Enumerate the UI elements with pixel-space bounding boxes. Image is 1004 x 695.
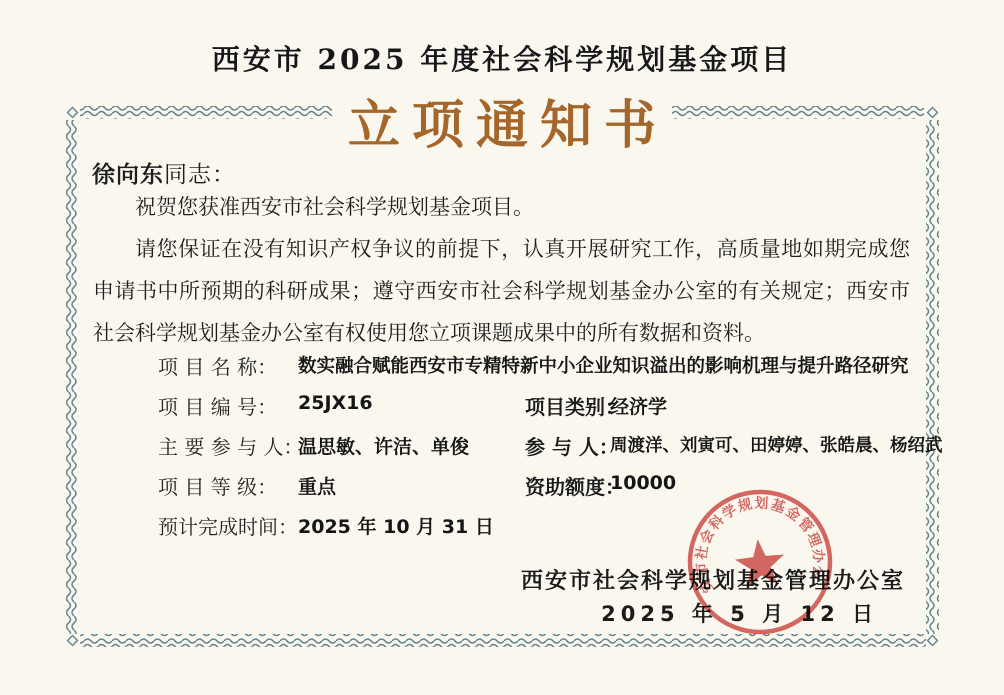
notice-document: 西安市 2025 年度社会科学规划基金项目 立项通知书 徐向东同志： 祝贺您获准… <box>0 0 1004 695</box>
project-number-value: 25JX16 <box>298 392 373 414</box>
border-corner-dot <box>68 636 78 646</box>
border-corner-dot <box>928 636 938 646</box>
funding-value: 10000 <box>610 472 676 494</box>
project-grade-value: 重点 <box>298 472 336 499</box>
participants-label: 参 与 人： <box>525 431 619 460</box>
salutation-suffix: 同志： <box>164 162 236 188</box>
document-title: 立项通知书 <box>0 83 1004 158</box>
project-name-label: 项 目 名 称： <box>158 351 277 380</box>
seal-star-icon <box>733 537 787 589</box>
project-fields: 项 目 名 称： 数实融合赋能西安市专精特新中小企业知识溢出的影响机理与提升路径… <box>158 343 958 543</box>
main-participants-value: 温思敏、许洁、单俊 <box>298 432 469 459</box>
recipient-name: 徐向东 <box>92 162 164 188</box>
field-row-project-name: 项 目 名 称： 数实融合赋能西安市专精特新中小企业知识溢出的影响机理与提升路径… <box>158 343 958 383</box>
official-seal: 西安市社会科学规划基金管理办公室 <box>676 478 843 645</box>
border-left <box>66 120 79 634</box>
field-row-participants: 主 要 参 与 人： 温思敏、许洁、单俊 参 与 人： 周渡洋、刘寅可、田婷婷、… <box>158 423 958 463</box>
body-text: 祝贺您获准西安市社会科学规划基金项目。 请您保证在没有知识产权争议的前提下，认真… <box>93 186 910 354</box>
border-bottom <box>80 634 926 647</box>
field-row-grade: 项 目 等 级： 重点 资助额度： 10000 <box>158 463 958 503</box>
field-row-project-number: 项 目 编 号： 25JX16 项目类别： 经济学 <box>158 383 958 423</box>
paragraph-congratulations: 祝贺您获准西安市社会科学规划基金项目。 <box>93 186 910 228</box>
paragraph-obligations: 请您保证在没有知识产权争议的前提下，认真开展研究工作，高质量地如期完成您申请书中… <box>93 228 910 354</box>
deadline-label: 预计完成时间： <box>158 511 298 540</box>
salutation: 徐向东同志： <box>92 156 236 189</box>
project-grade-label: 项 目 等 级： <box>158 471 277 500</box>
deadline-value: 2025 年 10 月 31 日 <box>298 512 494 539</box>
participants-value: 周渡洋、刘寅可、田婷婷、张皓晨、杨绍武 <box>610 432 943 457</box>
document-header: 西安市 2025 年度社会科学规划基金项目 <box>0 38 1004 78</box>
main-participants-label: 主 要 参 与 人： <box>158 431 303 460</box>
field-row-deadline: 预计完成时间： 2025 年 10 月 31 日 <box>158 503 958 543</box>
project-number-label: 项 目 编 号： <box>158 391 277 420</box>
project-name-value: 数实融合赋能西安市专精特新中小企业知识溢出的影响机理与提升路径研究 <box>298 352 909 378</box>
project-category-value: 经济学 <box>610 392 667 419</box>
